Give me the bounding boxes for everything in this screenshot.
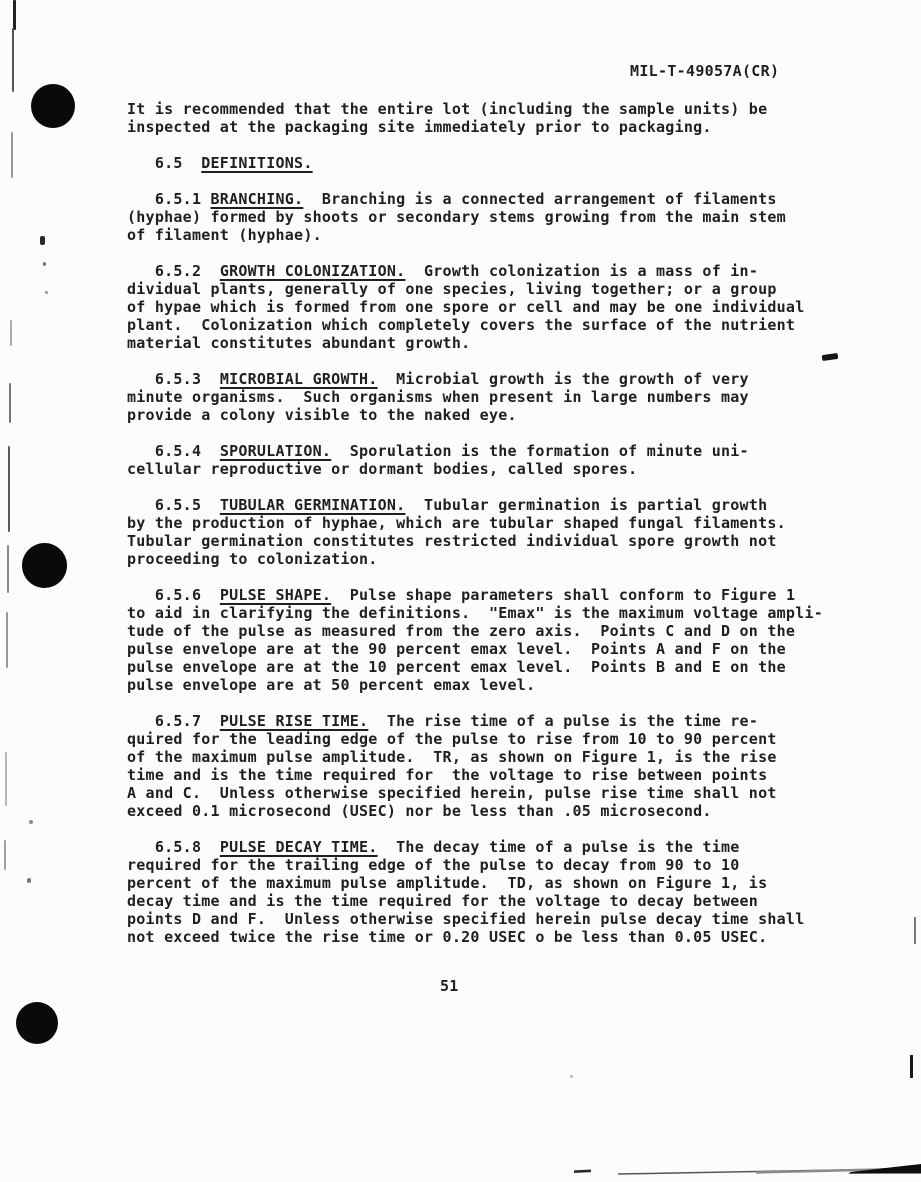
section-paragraph: 6.5 DEFINITIONS. <box>127 154 887 172</box>
section-prefix: 6.5.2 <box>127 262 220 280</box>
scan-edge-segment <box>5 752 7 806</box>
section-paragraph: 6.5.3 MICROBIAL GROWTH. Microbial growth… <box>127 370 887 424</box>
bottom-scan-streak <box>556 1156 921 1182</box>
hole-punch-mark-middle <box>22 543 67 588</box>
section-prefix: 6.5.4 <box>127 442 220 460</box>
section-title: SPORULATION. <box>220 442 331 460</box>
section-title: MICROBIAL GROWTH. <box>220 370 378 388</box>
section-prefix: 6.5.5 <box>127 496 220 514</box>
section-title: PULSE SHAPE. <box>220 586 331 604</box>
section-paragraph: 6.5.1 BRANCHING. Branching is a connecte… <box>127 190 887 244</box>
document-id: MIL-T-49057A(CR) <box>630 62 779 80</box>
scan-edge-segment <box>10 320 12 346</box>
change-bar-upper <box>914 917 916 944</box>
section-prefix: 6.5.6 <box>127 586 220 604</box>
section-title: BRANCHING. <box>211 190 304 208</box>
stray-ink-speck <box>45 291 48 294</box>
change-bar-lower <box>910 1055 913 1078</box>
scan-edge-segment <box>11 132 13 178</box>
document-page: MIL-T-49057A(CR) It is recommended that … <box>0 0 921 1182</box>
scan-edge-segment <box>4 840 6 870</box>
section-prefix: 6.5.8 <box>127 838 220 856</box>
hole-punch-mark-top <box>31 84 75 128</box>
section-title: PULSE DECAY TIME. <box>220 838 378 856</box>
scan-edge-segment <box>13 0 16 30</box>
section-title: PULSE RISE TIME. <box>220 712 369 730</box>
scan-edge-segment <box>8 446 10 532</box>
section-title: DEFINITIONS. <box>201 154 312 172</box>
stray-ink-speck <box>27 878 31 883</box>
section-prefix: 6.5.7 <box>127 712 220 730</box>
section-paragraph: 6.5.4 SPORULATION. Sporulation is the fo… <box>127 442 887 478</box>
stray-ink-speck <box>570 1075 573 1078</box>
stray-ink-speck <box>40 236 45 245</box>
section-paragraph: 6.5.2 GROWTH COLONIZATION. Growth coloni… <box>127 262 887 352</box>
section-paragraph: 6.5.6 PULSE SHAPE. Pulse shape parameter… <box>127 586 887 694</box>
text-column: It is recommended that the entire lot (i… <box>127 100 887 964</box>
section-title: GROWTH COLONIZATION. <box>220 262 406 280</box>
scan-edge-segment <box>7 545 9 593</box>
stray-ink-speck <box>43 262 46 266</box>
intro-paragraph: It is recommended that the entire lot (i… <box>127 100 887 136</box>
stray-ink-speck <box>29 820 33 824</box>
section-prefix: 6.5.3 <box>127 370 220 388</box>
definitions-sections: 6.5 DEFINITIONS. 6.5.1 BRANCHING. Branch… <box>127 154 887 946</box>
hole-punch-mark-bottom <box>16 1002 58 1044</box>
page-number: 51 <box>440 977 459 995</box>
section-paragraph: 6.5.7 PULSE RISE TIME. The rise time of … <box>127 712 887 820</box>
scan-edge-segment <box>6 612 8 668</box>
section-prefix: 6.5.1 <box>127 190 211 208</box>
section-paragraph: 6.5.8 PULSE DECAY TIME. The decay time o… <box>127 838 887 946</box>
scan-edge-segment <box>9 383 11 423</box>
section-paragraph: 6.5.5 TUBULAR GERMINATION. Tubular germi… <box>127 496 887 568</box>
section-prefix: 6.5 <box>127 154 201 172</box>
scan-edge-segment <box>12 28 14 92</box>
section-title: TUBULAR GERMINATION. <box>220 496 406 514</box>
